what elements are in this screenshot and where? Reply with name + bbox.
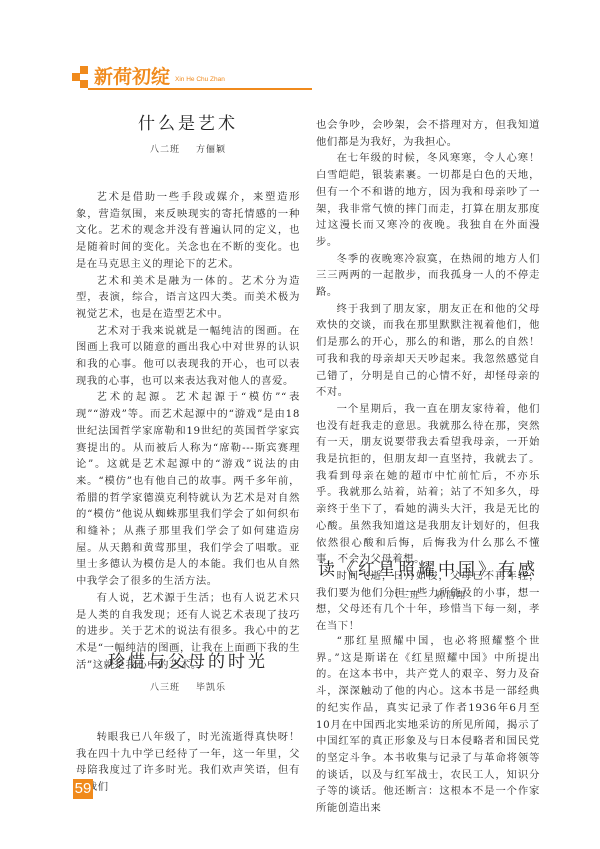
paragraph: 也会争吵，会吵架，会不搭理对方，但我知道他们都是为我好，为我担心。 xyxy=(316,117,540,150)
article-title: 读《红星照耀中国》有感 xyxy=(316,558,540,582)
article-what-is-art: 什么是艺术 八二班方俪颖 艺术是借助一些手段或媒介，来塑造形象，营造氛围，来反映… xyxy=(76,112,300,673)
header-rule xyxy=(88,88,312,90)
paragraph: 转眼我已八年级了，时光流逝得真快呀！我在四十九中学已经待了一年，这一年里，父母陪… xyxy=(76,729,300,796)
author-name: 毕凯乐 xyxy=(196,683,226,693)
article-byline: 八三班孙浩翔 xyxy=(316,589,540,603)
class-name: 八三班 xyxy=(390,591,420,601)
column-name-cn: 新荷初绽 xyxy=(94,64,170,90)
article-red-star-over-china: 读《红星照耀中国》有感 八三班孙浩翔 “那红星照耀中国，也必将照耀整个世界。”这… xyxy=(316,558,540,817)
page-number: 59 xyxy=(73,779,93,799)
class-name: 八二班 xyxy=(150,145,180,155)
article-byline: 八二班方俪颖 xyxy=(76,143,300,157)
paragraph: 艺术是借助一些手段或媒介，来塑造形象，营造氛围，来反映现实的寄托情感的一种文化。… xyxy=(76,189,300,273)
author-name: 孙浩翔 xyxy=(436,591,466,601)
paragraph: 终于我到了朋友家，朋友正在和他的父母欢快的交谈，而我在那里默默注视着他们，他们是… xyxy=(316,301,540,401)
column-header: 新荷初绽 Xin He Chu Zhan xyxy=(72,64,312,94)
paragraph: 艺术和美术是融为一体的。艺术分为造型，表演，综合，语言这四大类。而美术极为视觉艺… xyxy=(76,273,300,323)
paragraph: 艺术对于我来说就是一幅纯洁的图画。在图画上我可以随意的画出我心中对世界的认识和我… xyxy=(76,323,300,390)
article-body: 艺术是借助一些手段或媒介，来塑造形象，营造氛围，来反映现实的寄托情感的一种文化。… xyxy=(76,189,300,673)
paragraph: 冬季的夜晚寒冷寂寞，在热闹的地方人们三三两两的一起散步，而我孤身一人的不停走路。 xyxy=(316,251,540,301)
article-title: 珍惜与父母的时光 xyxy=(76,650,300,674)
checker-logo-icon xyxy=(72,64,94,88)
article-cherish-time-with-parents: 珍惜与父母的时光 八三班毕凯乐 转眼我已八年级了，时光流逝得真快呀！我在四十九中… xyxy=(76,650,300,796)
article-title: 什么是艺术 xyxy=(76,112,300,136)
author-name: 方俪颖 xyxy=(196,145,226,155)
class-name: 八三班 xyxy=(150,683,180,693)
paragraph: 在七年级的时候，冬风寒寒，令人心寒！白雪皑皑，银装素裹。一切都是白色的天地，但有… xyxy=(316,150,540,250)
paragraph: 艺术的起源。艺术起源于“模仿”“表现”“游戏”等。而艺术起源中的“游戏”是由18… xyxy=(76,389,300,589)
paragraph: 一个星期后，我一直在朋友家待着，他们也没有赶我走的意思。我就那么待在那，突然有一… xyxy=(316,401,540,568)
article-body: “那红星照耀中国，也必将照耀整个世界。”这是斯诺在《红星照耀中国》中所提出的。在… xyxy=(316,633,540,817)
article-body: 转眼我已八年级了，时光流逝得真快呀！我在四十九中学已经待了一年，这一年里，父母陪… xyxy=(76,729,300,796)
article-byline: 八三班毕凯乐 xyxy=(76,681,300,695)
column-name-en: Xin He Chu Zhan xyxy=(175,75,225,85)
paragraph: “那红星照耀中国，也必将照耀整个世界。”这是斯诺在《红星照耀中国》中所提出的。在… xyxy=(316,633,540,817)
